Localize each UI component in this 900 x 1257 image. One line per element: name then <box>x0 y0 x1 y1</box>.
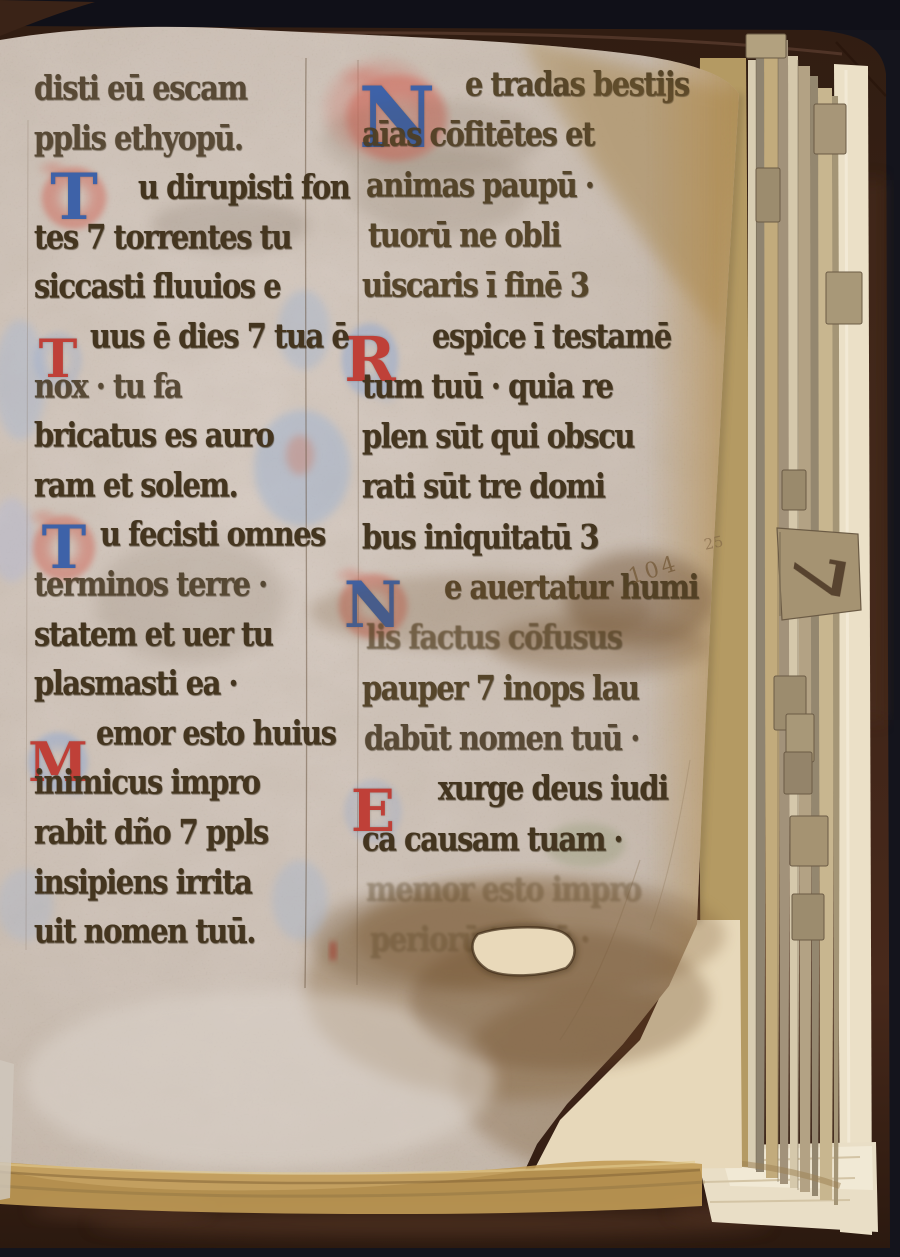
text-line: inimicus impro <box>34 760 260 804</box>
text-line: aīas cōfitētes et <box>362 112 594 156</box>
text-line: tuorū ne obli <box>368 213 560 257</box>
text-line: u dirupisti fon <box>138 165 349 209</box>
text-line: periorū tuorū · <box>370 917 589 961</box>
manuscript-photo: disti eū escam pplis ethyopū. u dirupist… <box>0 0 900 1257</box>
text-line: plen sūt qui obscu <box>362 414 634 458</box>
tab-mark: 7 <box>751 511 884 639</box>
text-line: rabit dño 7 ppls <box>34 810 268 854</box>
text-line: espice ī testamē <box>432 314 671 358</box>
text-line: uit nomen tuū. <box>34 909 255 953</box>
text-line: terminos terre · <box>34 562 267 606</box>
text-line: bricatus es auro <box>34 413 273 457</box>
text-line: nox · tu fa <box>34 364 181 408</box>
text-line: tes 7 torrentes tu <box>34 215 291 259</box>
text-line: statem et uer tu <box>34 612 272 656</box>
text-line: bus iniquitatū 3 <box>362 515 598 559</box>
text-line: plasmasti ea · <box>34 661 237 705</box>
text-line: insipiens irrita <box>34 860 251 904</box>
text-line: tum tuū · quia re <box>362 364 613 408</box>
text-line: memor esto impro <box>366 867 641 911</box>
text-line: u fecisti omnes <box>100 512 325 556</box>
text-line: uiscaris ī finē 3 <box>362 263 589 307</box>
text-line: e tradas bestijs <box>465 62 689 106</box>
text-line: pplis ethyopū. <box>34 116 243 160</box>
text-line: animas paupū · <box>366 163 594 207</box>
text-line: lis factus cōfusus <box>366 615 622 659</box>
text-line: ca causam tuam · <box>362 817 622 861</box>
text-line: siccasti fluuios e <box>34 264 280 308</box>
text-line: ram et solem. <box>34 463 237 507</box>
text-line: emor esto huius <box>96 711 336 755</box>
text-line: pauper 7 inops lau <box>362 666 639 710</box>
text-line: uus ē dies 7 tua ē <box>90 314 348 358</box>
text-line: dabūt nomen tuū · <box>364 716 639 760</box>
text-line: xurge deus iudi <box>438 766 668 810</box>
text-line: disti eū escam <box>34 66 247 110</box>
text-line: rati sūt tre domi <box>362 464 605 508</box>
